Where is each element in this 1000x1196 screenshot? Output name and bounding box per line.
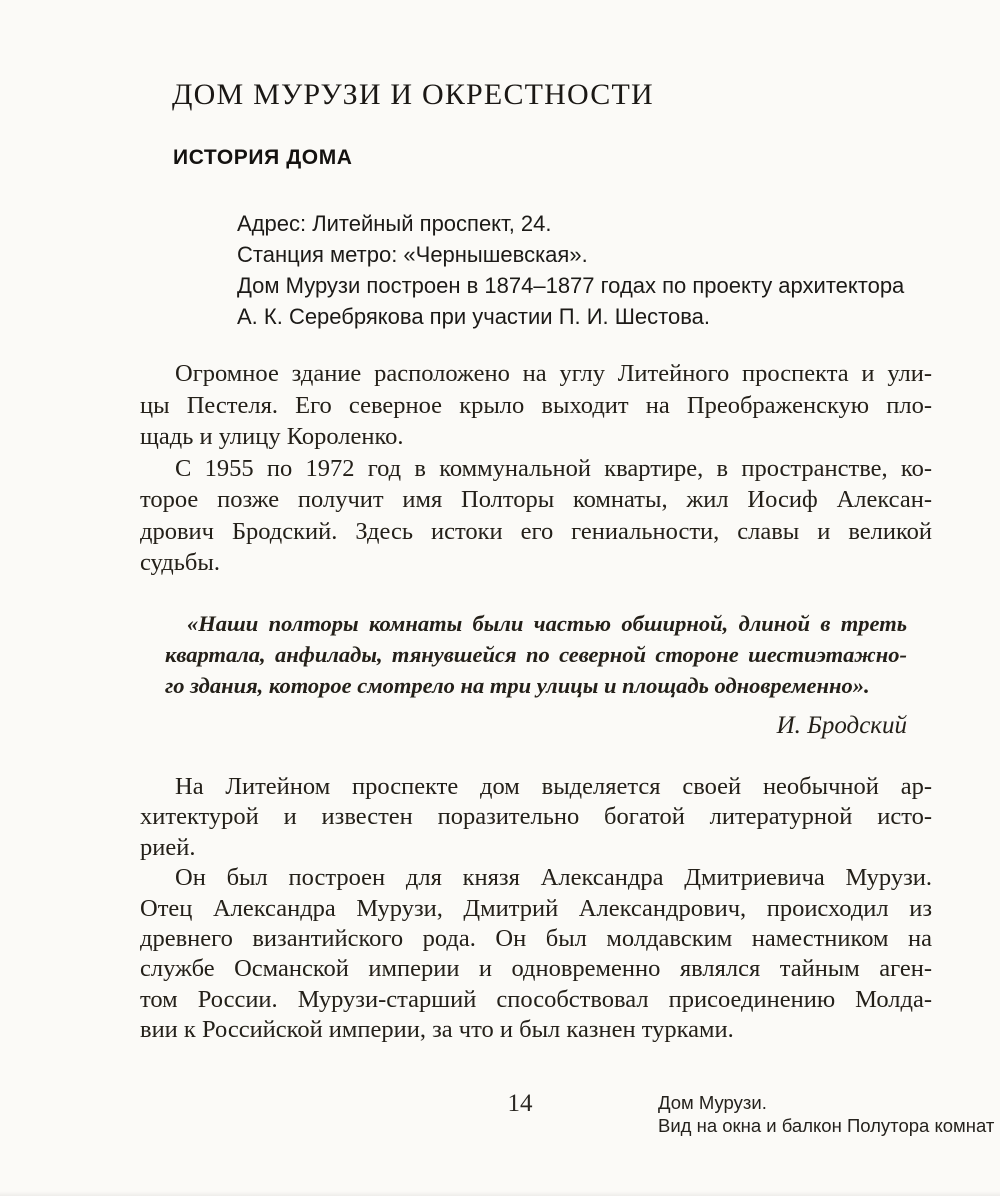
text-line: цы Пестеля. Его северное крыло выходит н… xyxy=(140,390,932,422)
paragraph-architecture: На Литейном проспекте дом выделяется сво… xyxy=(140,772,932,863)
photo-caption: Дом Мурузи.Вид на окна и балкон Полутора… xyxy=(658,1091,994,1137)
address-block: Адрес: Литейный проспект, 24.Станция мет… xyxy=(237,208,904,332)
text-line: торое позже получит имя Полторы комнаты,… xyxy=(140,484,932,516)
body-text-upper: Огромное здание расположено на углу Лите… xyxy=(140,358,932,579)
section-heading: ИСТОРИЯ ДОМА xyxy=(173,146,353,170)
text-line: древнего византийского рода. Он был молд… xyxy=(140,924,932,954)
text-line: Станция метро: «Чернышевская». xyxy=(237,239,904,270)
text-line: рией. xyxy=(140,833,932,863)
paragraph-brodsky: С 1955 по 1972 год в коммунальной кварти… xyxy=(140,453,932,579)
text-line: Отец Александра Мурузи, Дмитрий Александ… xyxy=(140,894,932,924)
text-line: Адрес: Литейный проспект, 24. xyxy=(237,208,904,239)
body-text-lower: На Литейном проспекте дом выделяется сво… xyxy=(140,772,932,1046)
text-line: дрович Бродский. Здесь истоки его гениал… xyxy=(140,516,932,548)
scan-edge xyxy=(0,1191,1000,1196)
text-line: Дом Мурузи построен в 1874–1877 годах по… xyxy=(237,270,904,301)
text-line: службе Османской империи и одновременно … xyxy=(140,954,932,984)
text-line: С 1955 по 1972 год в коммунальной кварти… xyxy=(140,453,932,485)
text-line: судьбы. xyxy=(140,547,932,579)
text-line: щадь и улицу Короленко. xyxy=(140,421,932,453)
paragraph-muruzi-family: Он был построен для князя Александра Дми… xyxy=(140,863,932,1045)
paragraph-location: Огромное здание расположено на углу Лите… xyxy=(140,358,932,453)
text-line: А. К. Серебрякова при участии П. И. Шест… xyxy=(237,301,904,332)
text-line: Огромное здание расположено на углу Лите… xyxy=(140,358,932,390)
text-line: том России. Мурузи-старший способствовал… xyxy=(140,985,932,1015)
text-line: «Наши полторы комнаты были частью обширн… xyxy=(165,608,907,639)
text-line: вии к Российской империи, за что и был к… xyxy=(140,1015,932,1045)
text-line: Вид на окна и балкон Полутора комнат xyxy=(658,1114,994,1137)
text-line: Дом Мурузи. xyxy=(658,1091,994,1114)
text-line: квартала, анфилады, тянувшейся по северн… xyxy=(165,639,907,670)
page-number: 14 xyxy=(480,1090,560,1118)
page-title: ДОМ МУРУЗИ И ОКРЕСТНОСТИ xyxy=(172,78,654,112)
quote-attribution: И. Бродский xyxy=(165,712,907,740)
text-line: На Литейном проспекте дом выделяется сво… xyxy=(140,772,932,802)
text-line: го здания, которое смотрело на три улицы… xyxy=(165,670,907,701)
text-line: Он был построен для князя Александра Дми… xyxy=(140,863,932,893)
book-page: { "page": { "title": "ДОМ МУРУЗИ И ОКРЕС… xyxy=(0,0,1000,1196)
text-line: хитектурой и известен поразительно богат… xyxy=(140,802,932,832)
quote-block: «Наши полторы комнаты были частью обширн… xyxy=(165,608,907,701)
